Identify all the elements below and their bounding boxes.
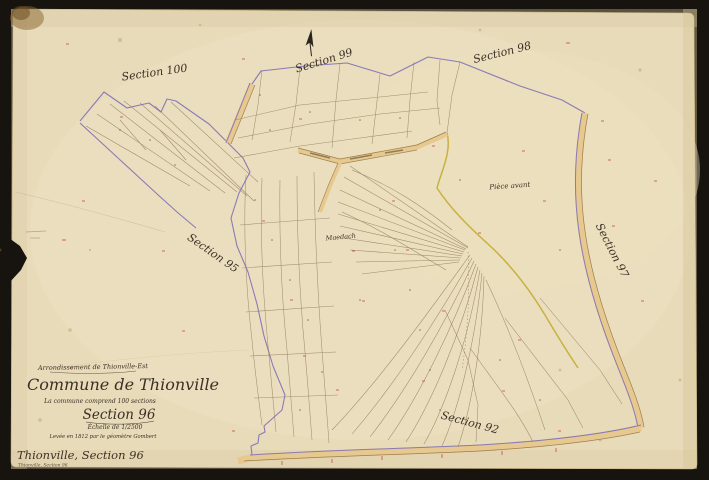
corner-label: Thionville, Section 96	[17, 448, 144, 462]
map-canvas: Section 100 Section 99 Section 98 Sectio…	[0, 0, 709, 480]
title-surveyor: Levée en 1812 par le géomètre Gombert	[49, 433, 158, 440]
scanned-map-page: Section 100 Section 99 Section 98 Sectio…	[0, 0, 709, 480]
corner-sublabel: Thionville, Section 96	[18, 463, 68, 469]
title-scale: Échelle de 1/2500	[87, 423, 143, 431]
title-subtitle: La commune comprend 100 sections	[43, 398, 156, 405]
title-commune: Commune de Thionville	[27, 375, 219, 394]
title-section: Section 96	[83, 407, 156, 423]
